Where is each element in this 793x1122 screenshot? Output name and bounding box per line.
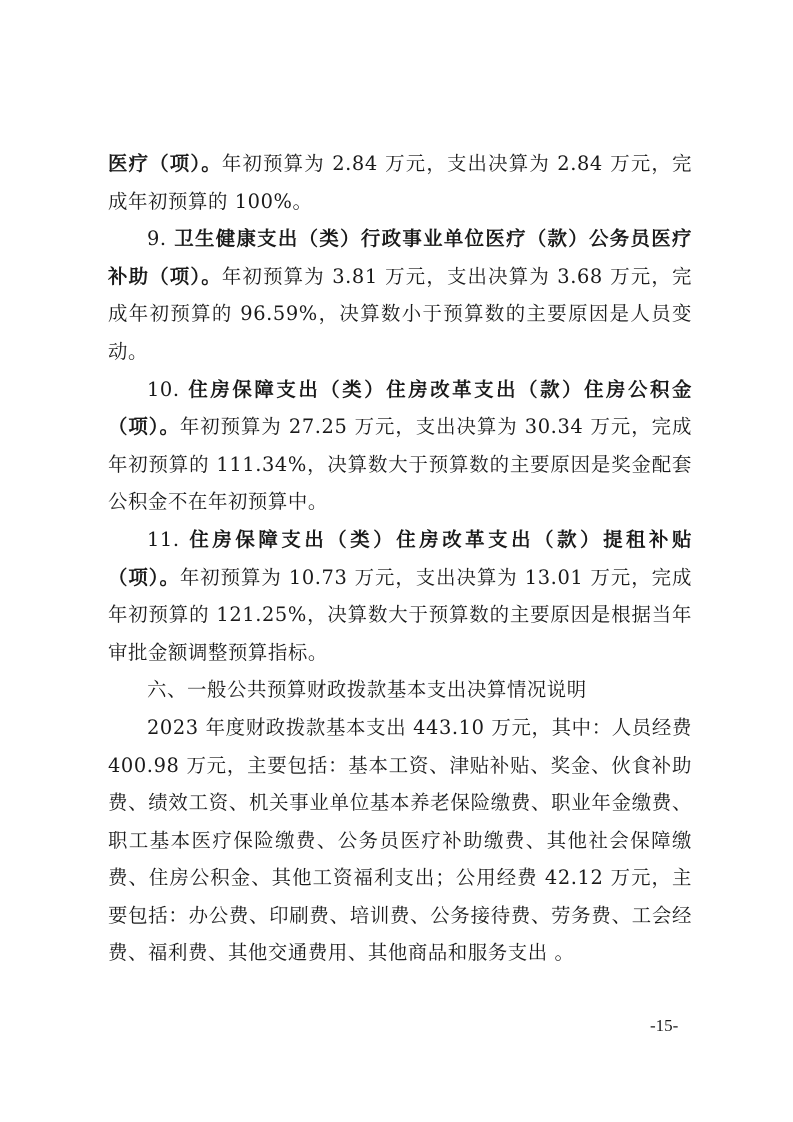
item-number: 10.: [147, 378, 188, 401]
item-title: 医疗（项）。: [108, 152, 222, 175]
item-text: 年初预算为 27.25 万元，支出决算为 30.34 万元，完成年初预算的 11…: [108, 415, 692, 513]
section-heading: 六、一般公共预算财政拨款基本支出决算情况说明: [108, 671, 692, 709]
item-number: 9.: [147, 227, 174, 250]
item-text: 年初预算为 10.73 万元，支出决算为 13.01 万元，完成年初预算的 12…: [108, 566, 692, 664]
paragraph-item-10: 10. 住房保障支出（类）住房改革支出（款）住房公积金（项）。年初预算为 27.…: [108, 371, 692, 521]
document-page: 医疗（项）。年初预算为 2.84 万元，支出决算为 2.84 万元，完成年初预算…: [0, 0, 793, 1122]
page-number: -15-: [650, 1016, 678, 1036]
paragraph-item-8-continued: 医疗（项）。年初预算为 2.84 万元，支出决算为 2.84 万元，完成年初预算…: [108, 145, 692, 220]
paragraph-item-9: 9. 卫生健康支出（类）行政事业单位医疗（款）公务员医疗补助（项）。年初预算为 …: [108, 220, 692, 370]
paragraph-item-11: 11. 住房保障支出（类）住房改革支出（款）提租补贴（项）。年初预算为 10.7…: [108, 521, 692, 671]
document-body: 医疗（项）。年初预算为 2.84 万元，支出决算为 2.84 万元，完成年初预算…: [108, 145, 692, 972]
section-body: 2023 年度财政拨款基本支出 443.10 万元，其中：人员经费 400.98…: [108, 709, 692, 972]
item-number: 11.: [147, 528, 189, 551]
